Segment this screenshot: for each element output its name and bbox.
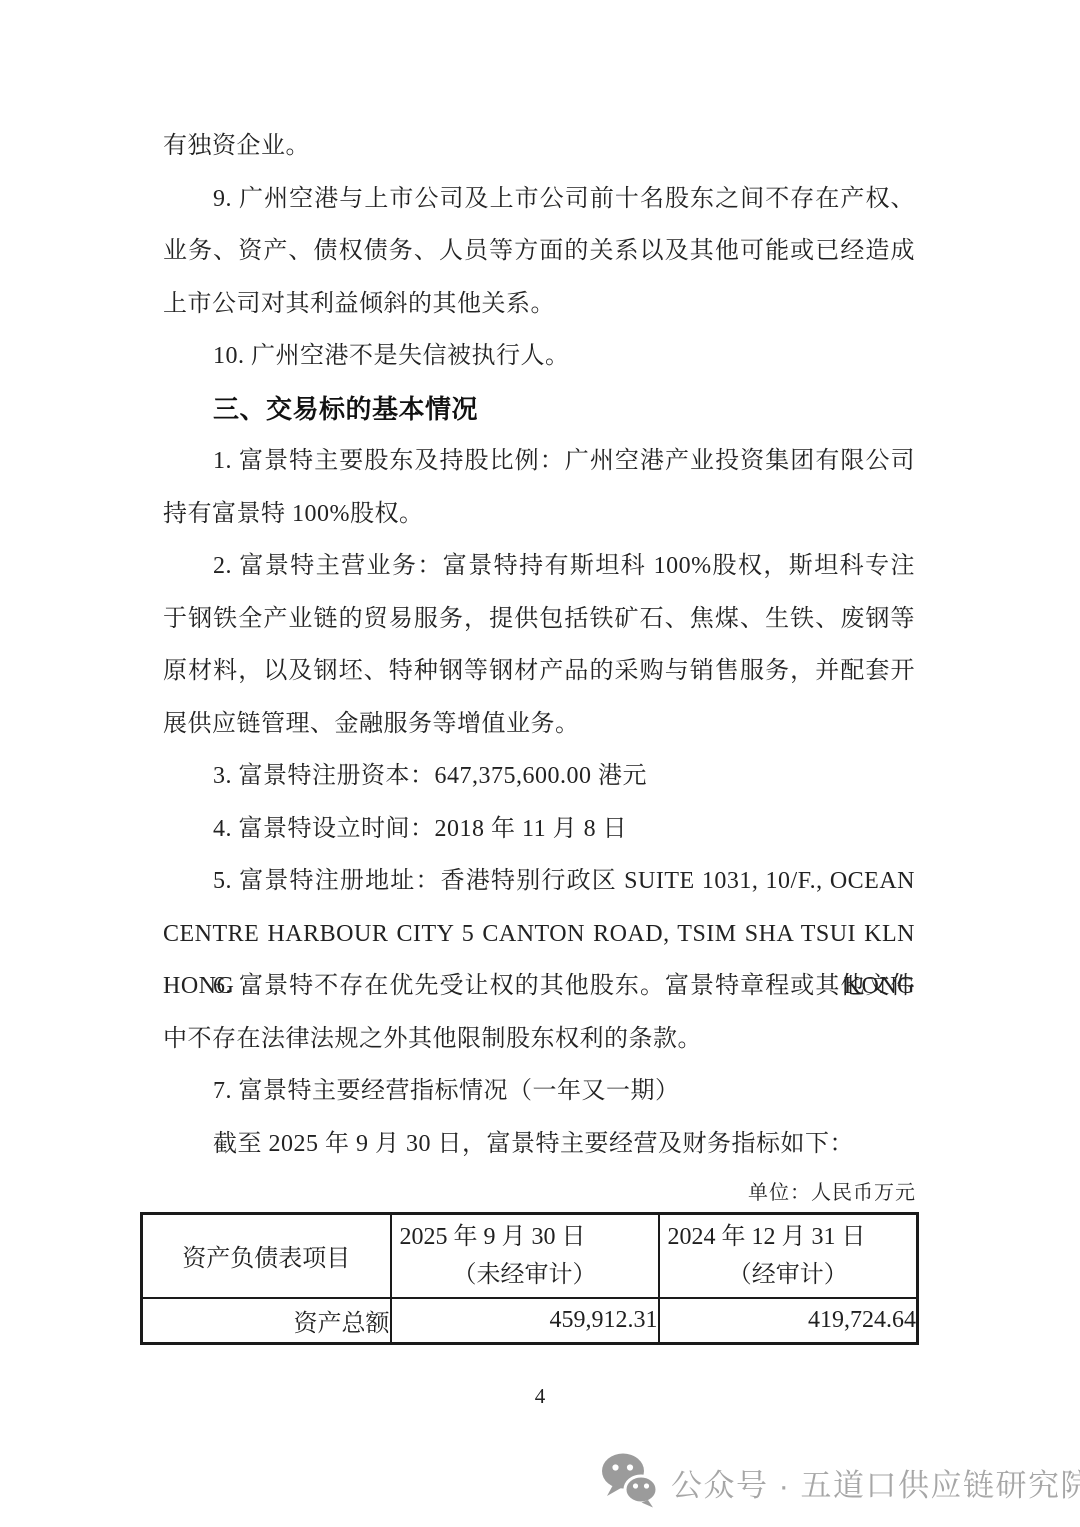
watermark-text: 公众号 · 五道口供应链研究院	[671, 1460, 1080, 1505]
table-row: 资产总额 459,912.31 419,724.64	[142, 1298, 918, 1344]
header-2025-date: 2025 年 9 月 30 日	[392, 1218, 658, 1256]
document-line: 1. 富景特主要股东及持股比例：广州空港产业投资集团有限公司	[163, 435, 915, 488]
row-value-2024: 419,724.64	[659, 1298, 918, 1344]
table-header-2024: 2024 年 12 月 31 日 （经审计）	[659, 1214, 918, 1298]
header-2024-date: 2024 年 12 月 31 日	[660, 1218, 917, 1256]
table-header-2025: 2025 年 9 月 30 日 （未经审计）	[391, 1214, 659, 1298]
financial-table: 资产负债表项目 2025 年 9 月 30 日 （未经审计） 2024 年 12…	[140, 1212, 919, 1345]
document-line: 展供应链管理、金融服务等增值业务。	[163, 698, 915, 751]
document-line: 截至 2025 年 9 月 30 日，富景特主要经营及财务指标如下：	[163, 1118, 915, 1171]
table-header-item: 资产负债表项目	[142, 1214, 391, 1298]
row-item-label: 资产总额	[142, 1298, 391, 1344]
document-line: 于钢铁全产业链的贸易服务，提供包括铁矿石、焦煤、生铁、废钢等	[163, 593, 915, 646]
table-header-row: 资产负债表项目 2025 年 9 月 30 日 （未经审计） 2024 年 12…	[142, 1214, 918, 1298]
header-item-label: 资产负债表项目	[143, 1238, 390, 1273]
document-line: 原材料，以及钢坯、特种钢等钢材产品的采购与销售服务，并配套开	[163, 645, 915, 698]
section-heading: 三、交易标的基本情况	[163, 383, 915, 436]
document-line: 9. 广州空港与上市公司及上市公司前十名股东之间不存在产权、	[163, 173, 915, 226]
document-line: 持有富景特 100%股权。	[163, 488, 915, 541]
page-number: 4	[0, 1384, 1080, 1409]
document-line: 业务、资产、债权债务、人员等方面的关系以及其他可能或已经造成	[163, 225, 915, 278]
document-line: 5. 富景特注册地址：香港特别行政区 SUITE 1031, 10/F., OC…	[163, 855, 915, 908]
document-line: 上市公司对其利益倾斜的其他关系。	[163, 278, 915, 331]
document-line: 2. 富景特主营业务：富景特持有斯坦科 100%股权，斯坦科专注	[163, 540, 915, 593]
watermark: 公众号 · 五道口供应链研究院	[600, 1452, 1080, 1513]
document-line: 4. 富景特设立时间：2018 年 11 月 8 日	[163, 803, 915, 856]
document-line: 3. 富景特注册资本：647,375,600.00 港元	[163, 750, 915, 803]
document-page: { "document": { "lines": [ { "text": "有独…	[0, 0, 1080, 1527]
document-line: 10. 广州空港不是失信被执行人。	[163, 330, 915, 383]
document-line: 有独资企业。	[163, 120, 915, 173]
header-2024-audit-status: （经审计）	[660, 1256, 917, 1294]
document-line: 7. 富景特主要经营指标情况（一年又一期）	[163, 1065, 915, 1118]
document-line: CENTRE HARBOUR CITY 5 CANTON ROAD, TSIM …	[163, 908, 915, 961]
row-value-2025: 459,912.31	[391, 1298, 659, 1344]
document-line: 中不存在法律法规之外其他限制股东权利的条款。	[163, 1013, 915, 1066]
wechat-icon	[600, 1452, 658, 1513]
table-unit-label: 单位：人民币万元	[140, 1176, 916, 1205]
document-line: 6. 富景特不存在优先受让权的其他股东。富景特章程或其他文件	[163, 960, 915, 1013]
header-2025-audit-status: （未经审计）	[392, 1256, 658, 1294]
document-text: 有独资企业。9. 广州空港与上市公司及上市公司前十名股东之间不存在产权、业务、资…	[163, 120, 915, 1170]
